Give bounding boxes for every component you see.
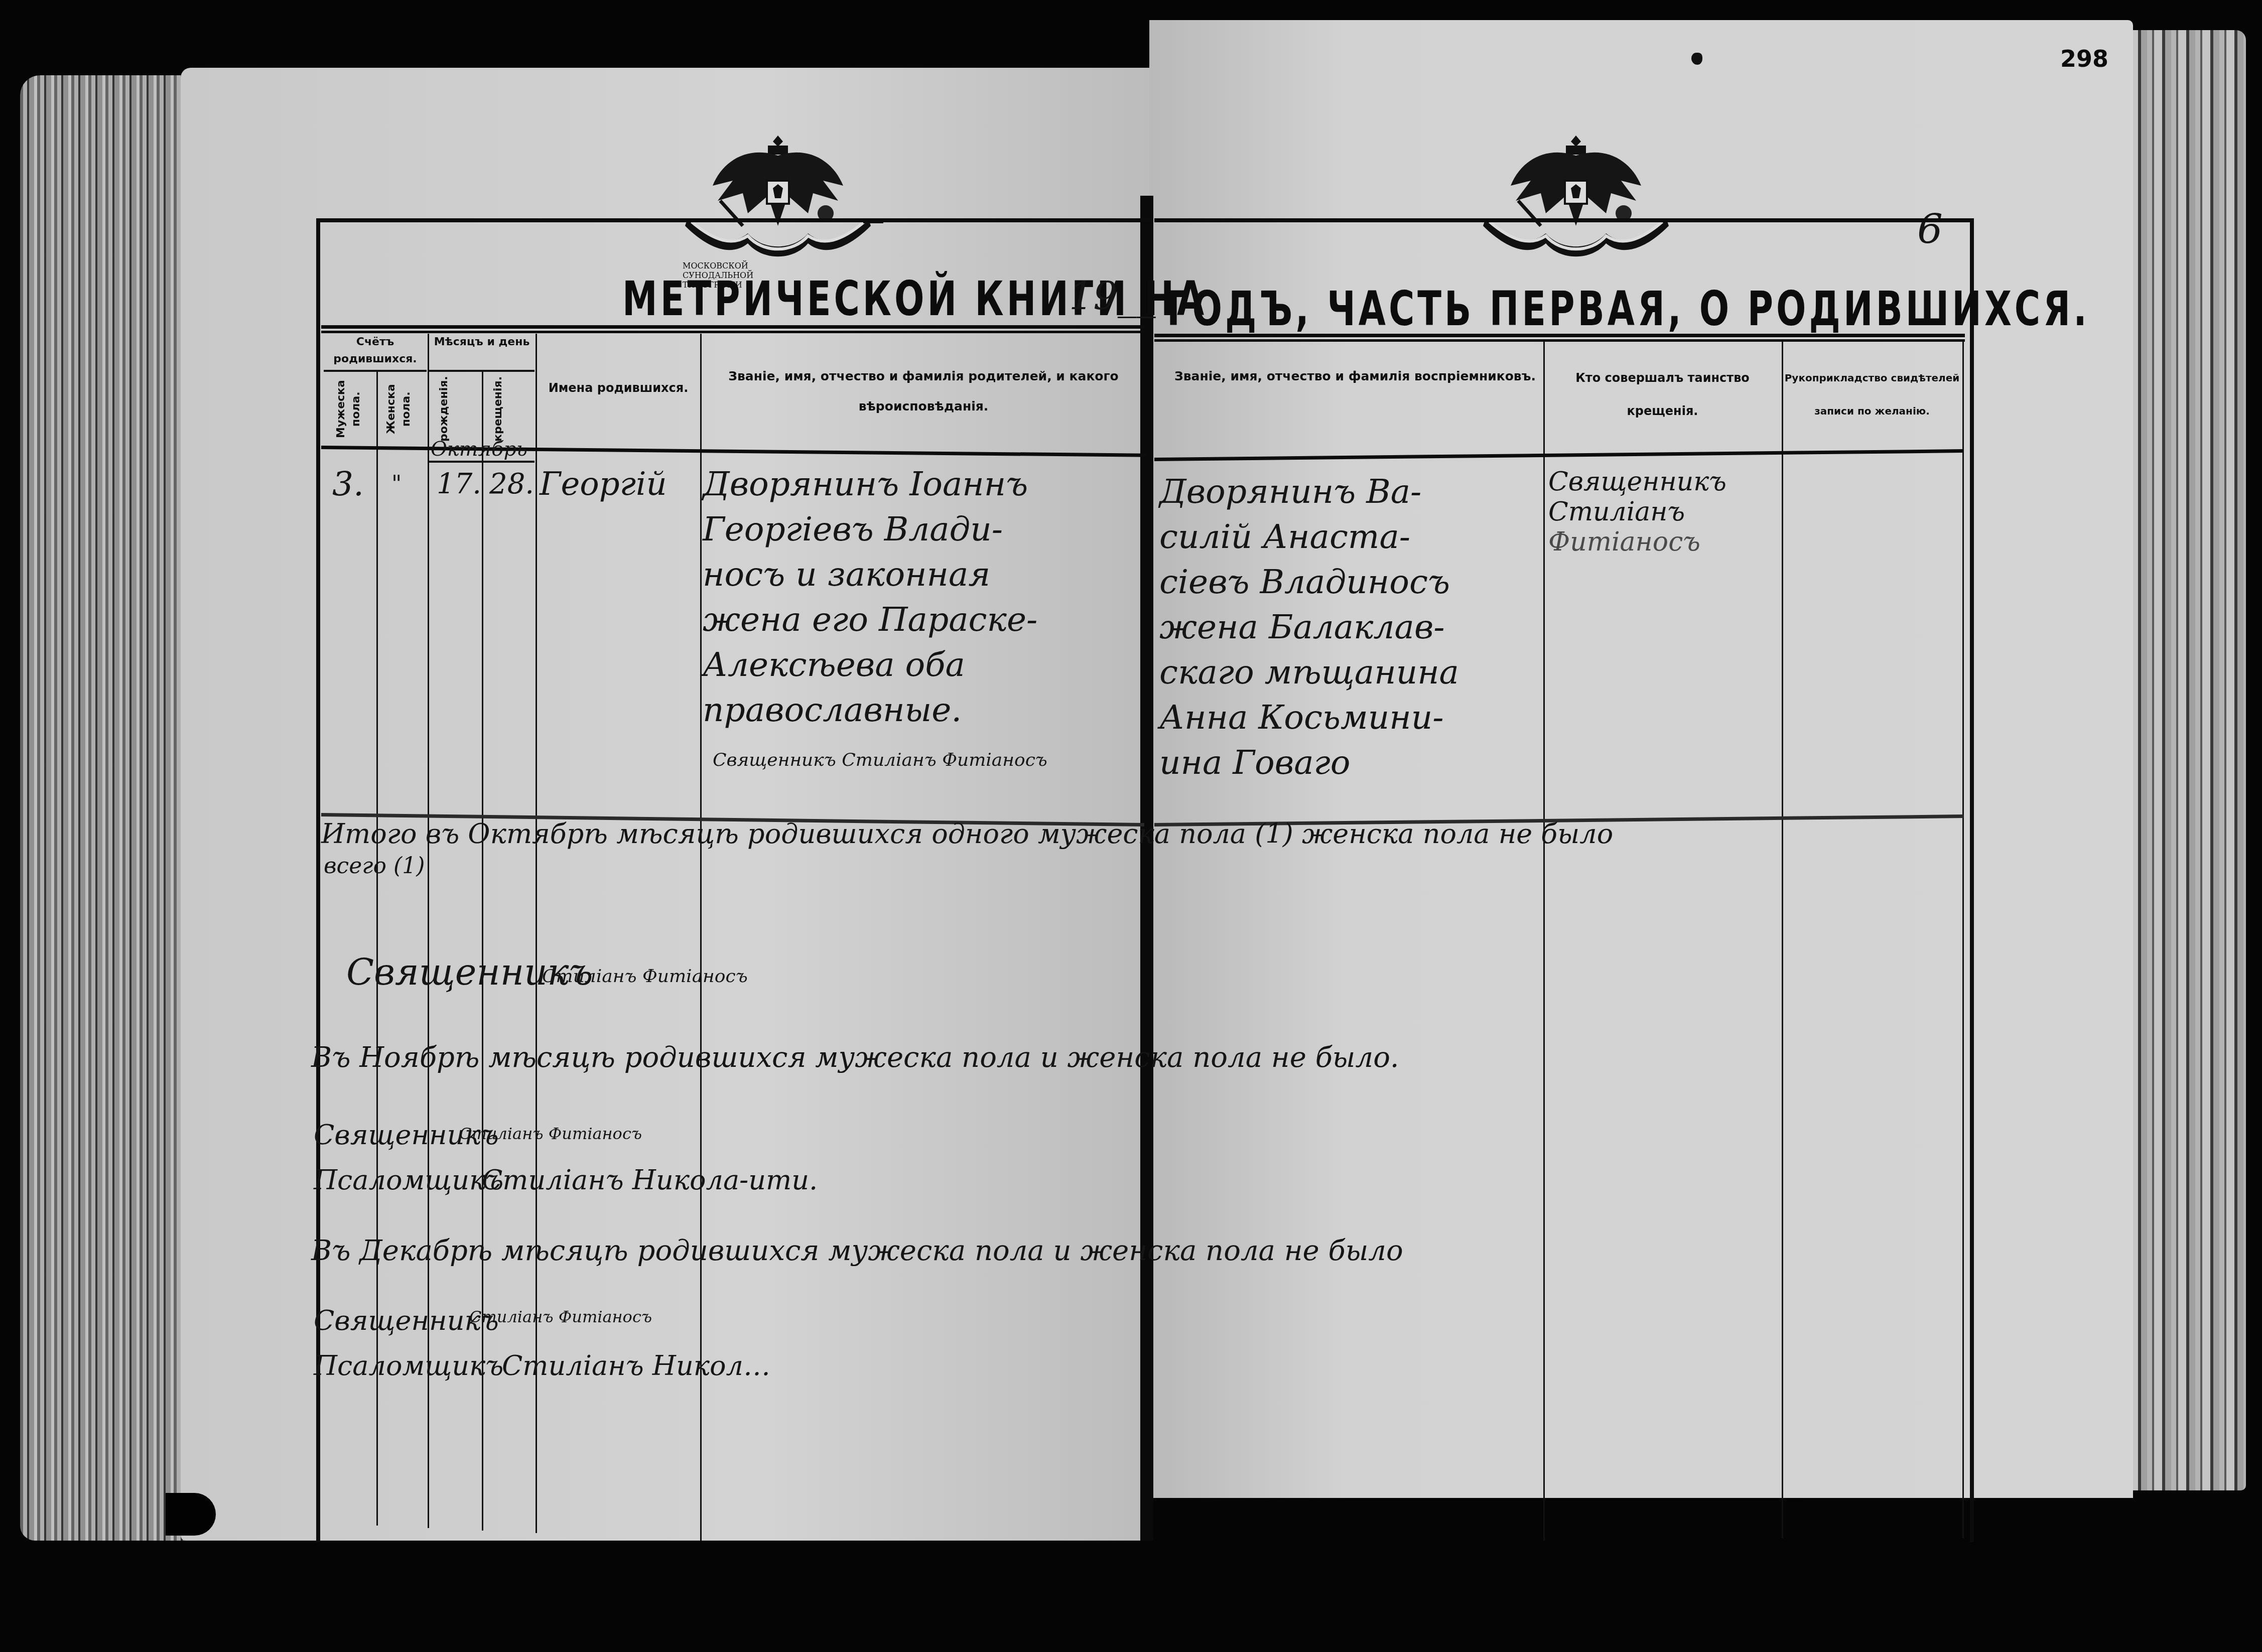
header-officiant: Кто совершалъ таинство крещенія. — [1546, 361, 1779, 428]
entry-number-female: " — [391, 462, 402, 507]
november-priest-name: Стиліанъ Фитіаносъ — [459, 1124, 642, 1143]
header-baptism: крещенія. — [491, 376, 526, 442]
parents-line: Алексѣева оба — [703, 642, 1144, 687]
entry-parents: Дворянинъ Іоаннъ Георгіевъ Влади- носъ и… — [703, 462, 1144, 773]
officiant-line: Стиліанъ — [1548, 497, 1779, 527]
officiant-line: Священникъ — [1548, 467, 1779, 497]
november-psalmist-title: Псаломщикъ — [314, 1164, 503, 1196]
october-summary-total: всего (1) — [324, 853, 425, 879]
november-line: Въ Ноябрѣ мѣсяцѣ родившихся мужеска пола… — [311, 1041, 1399, 1074]
title-right: ГОДЪ, ЧАСТЬ ПЕРВАЯ, О РОДИВШИХСЯ. — [1167, 282, 2090, 337]
header-birth-count: Счётъ родившихся. — [324, 334, 427, 368]
header-witness-signatures: Рукоприкладство свидѣтелей записи по жел… — [1784, 361, 1960, 428]
officiant-line: Фитіаносъ — [1548, 527, 1779, 557]
title-year-handwritten: 19__ — [1069, 273, 1156, 318]
entry-baptism-day: 28. — [489, 462, 534, 507]
godparents-line: ина Говаго — [1159, 740, 1546, 785]
december-priest-name: Стиліанъ Фитіаносъ — [469, 1307, 652, 1326]
header-rule-left — [321, 325, 1144, 333]
october-summary-line: Итого въ Октябрѣ мѣсяцѣ родившихся одног… — [321, 818, 1613, 850]
book-page-edges-left — [20, 75, 186, 1541]
col-divider — [1962, 341, 1964, 1538]
december-psalmist-name: Стиліанъ Никол… — [502, 1350, 770, 1382]
godparents-line: Дворянинъ Ва- — [1159, 469, 1546, 514]
header-male: Мужеска пола. — [334, 376, 369, 442]
header-month-day: Мѣсяцъ и день — [429, 334, 535, 351]
october-signature-name: Стиліанъ Фитіаносъ — [542, 966, 748, 987]
header-rule-right — [1154, 334, 1965, 342]
col-divider — [428, 334, 429, 1528]
december-line: Въ Декабрѣ мѣсяцѣ родившихся мужеска пол… — [311, 1234, 1403, 1267]
parents-line: носъ и законная — [703, 552, 1144, 597]
page-number: 298 — [2060, 45, 2108, 72]
december-psalmist-title: Псаломщикъ — [314, 1350, 503, 1382]
col-divider — [1782, 341, 1783, 1538]
entry-officiant: Священникъ Стиліанъ Фитіаносъ — [1548, 467, 1779, 557]
godparents-line: сіевъ Владиносъ — [1159, 560, 1546, 605]
entry-godparents: Дворянинъ Ва- силій Анаста- сіевъ Владин… — [1159, 469, 1546, 785]
ink-blot — [1691, 53, 1702, 65]
godparents-line: жена Балаклав- — [1159, 605, 1546, 650]
thumb-holding-page — [166, 1493, 216, 1536]
godparents-line: Анна Косьмини- — [1159, 695, 1546, 740]
entry-child-name: Георгій — [540, 462, 667, 507]
godparents-line: силій Анаста- — [1159, 514, 1546, 560]
book-page-edges-right — [2123, 30, 2246, 1490]
parents-line: Дворянинъ Іоаннъ — [703, 462, 1144, 507]
parents-line: жена его Параске- — [703, 597, 1144, 642]
entry-month: Октябрь — [431, 438, 527, 461]
parents-entry-signature: Священникъ Стиліанъ Фитіаносъ — [713, 748, 1144, 773]
entry-birth-day: 17. — [437, 462, 481, 507]
november-psalmist-name: Стиліанъ Никола-ити. — [482, 1164, 818, 1196]
header-parents: Званіе, имя, отчество и фамилія родителе… — [703, 361, 1144, 422]
subheader-rule — [429, 370, 535, 372]
header-names: Имена родившихся. — [538, 371, 699, 404]
header-female: Женска пола. — [384, 376, 419, 442]
godparents-line: скаго мѣщанина — [1159, 650, 1546, 695]
entry-number-male: 3. — [332, 462, 364, 507]
parents-line: Георгіевъ Влади- — [703, 507, 1144, 552]
header-godparents: Званіе, имя, отчество и фамилія воспріем… — [1169, 361, 1541, 391]
header-birth: рожденія. — [437, 376, 472, 442]
subheader-rule — [324, 370, 427, 372]
parents-line: православные. — [703, 687, 1144, 733]
